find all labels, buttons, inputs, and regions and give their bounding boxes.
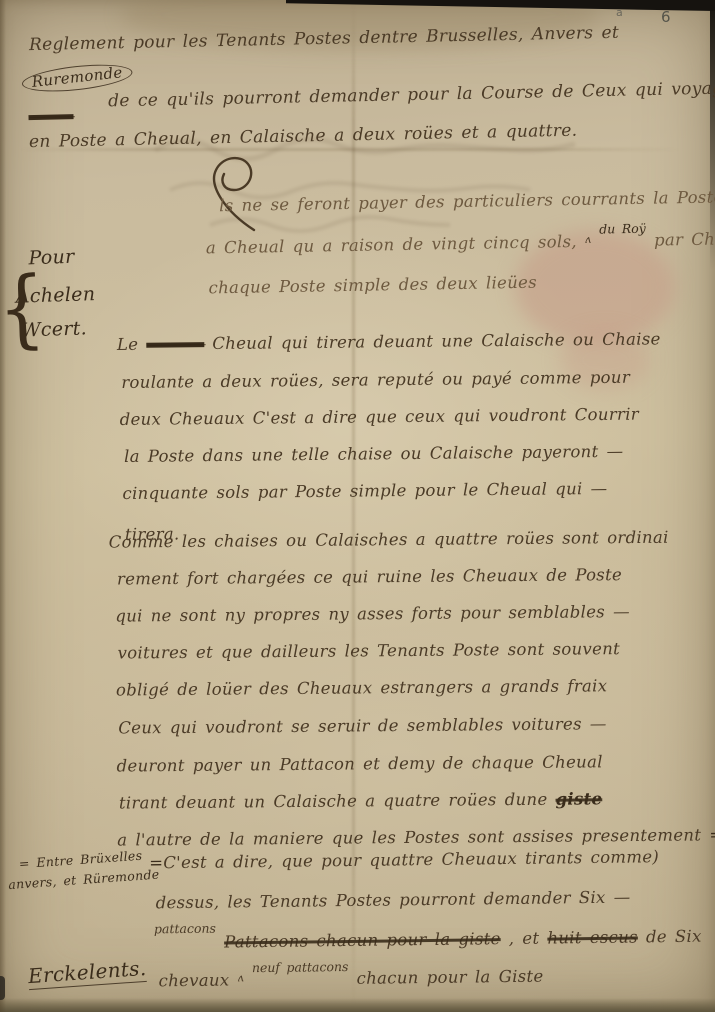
p2-line-5: cinquante sols par Poste simple pour le … — [122, 479, 607, 503]
paragraph-4: =C'est a dire, que pour quattre Cheuaux … — [149, 847, 711, 1012]
p3-line-8a: tirant deuant un Calaische a quatre roüe… — [119, 790, 548, 813]
p4-line-4b: chacun pour la Giste — [357, 967, 544, 988]
p4-struck-a: Pattacons chacun pour la giste — [224, 929, 501, 951]
p1-line-2: a Cheual qu a raison de vingt cincq sols… — [206, 228, 715, 257]
p3-line-9-end-mark: = — [709, 825, 715, 844]
p4-insertion-pattacons: pattacons — [154, 921, 216, 937]
p4-prefix-mark: = — [149, 853, 163, 872]
p3-line-4: voitures et que dailleurs les Tenants Po… — [118, 639, 621, 662]
paragraph-1: ls ne se feront payer des particuliers c… — [219, 188, 701, 316]
p2-line-4: la Poste dans une telle chaise ou Calais… — [124, 442, 623, 466]
header-struck-word: ——— — [28, 106, 73, 127]
p3-line-7: deuront payer un Pattacon et demy de cha… — [117, 752, 603, 775]
p4-insertion-neuf-pattacons: neuf pattacons — [252, 959, 349, 975]
p1-line-3: chaque Poste simple des deux lieües — [208, 273, 537, 298]
p2-line-2: roulante a deux roües, sera reputé ou pa… — [121, 368, 630, 392]
p4-line-3: pattacons Pattacons chacun pour la giste… — [154, 927, 702, 953]
p4-caret: ʌ — [237, 971, 244, 984]
p3-line-8: tirant deuant un Calaische a quatre roüe… — [119, 789, 602, 812]
p1-line-2b: par Cheual pour — [654, 228, 715, 250]
p4-struck-b: huit escus — [547, 927, 638, 947]
p2-line-3: deux Cheuaux C'est a dire que ceux qui v… — [120, 405, 639, 429]
p3-struck-giste: giste — [555, 789, 602, 808]
p3-line-2: rement fort chargées ce qui ruine les Ch… — [117, 565, 622, 588]
p4-line-3-mid: , et — [509, 929, 548, 948]
p3-line-9: a l'autre de la maniere que les Postes s… — [117, 825, 715, 849]
p3-line-6: Ceux qui voudront se seruir de semblable… — [118, 714, 607, 737]
p3-line-3: qui ne sont ny propres ny asses forts po… — [115, 602, 630, 625]
manuscript-scan: a 6 Reglement pour les Tenants Postes de… — [0, 0, 715, 1012]
p1-line-2a: a Cheual qu a raison de vingt cincq sols… — [206, 232, 577, 257]
p3-line-1: Comme les chaises ou Calaisches a quattr… — [109, 528, 669, 552]
p2-line-1a: Le — [117, 335, 139, 354]
p4-line-2: dessus, les Tenants Postes pourront dema… — [156, 888, 631, 913]
header-line-2: de ce qu'ils pourront demander pour la C… — [108, 78, 715, 111]
p4-line-4a: chevaux — [158, 970, 229, 990]
header-insertion-circled: Ruremonde — [21, 65, 133, 91]
insertion-caret: ʌ — [585, 233, 592, 246]
p4-line-4: chevaux ʌ neuf pattacons chacun pour la … — [158, 967, 543, 991]
margin-note-2: = Entre Brüxelles anvers, et Rüremonde — [4, 847, 157, 907]
margin-brace: { — [0, 258, 47, 358]
p4-line-3-tail: de Six — [646, 927, 702, 947]
scan-edge-notch — [0, 976, 5, 1000]
p1-insertion-du-roy: du Roÿ — [599, 221, 646, 237]
p3-line-5: obligé de loüer des Cheuaux estrangers a… — [116, 676, 608, 699]
header-block: Reglement pour les Tenants Postes dentre… — [21, 17, 714, 161]
p2-line-1b: Cheual qui tirera deuant une Calaische o… — [212, 329, 660, 353]
margin-note-1-line-2: Achelen — [15, 283, 95, 308]
corner-mark: a — [616, 6, 623, 19]
paragraph-3: Comme les chaises ou Calaisches a quattr… — [109, 527, 704, 862]
margin-note-1: { Pour Achelen Wcert. — [10, 244, 124, 358]
p2-struck-word: ———— — [146, 334, 204, 354]
margin-note-2-mark: = — [18, 856, 30, 872]
margin-note-1-line-3: Wcert. — [21, 317, 88, 341]
margin-note-1-line-1: Pour — [28, 246, 75, 270]
p3-line-9-text: a l'autre de la maniere que les Postes s… — [117, 825, 701, 849]
header-line-3: en Poste a Cheual, en Calaische a deux r… — [29, 121, 578, 152]
